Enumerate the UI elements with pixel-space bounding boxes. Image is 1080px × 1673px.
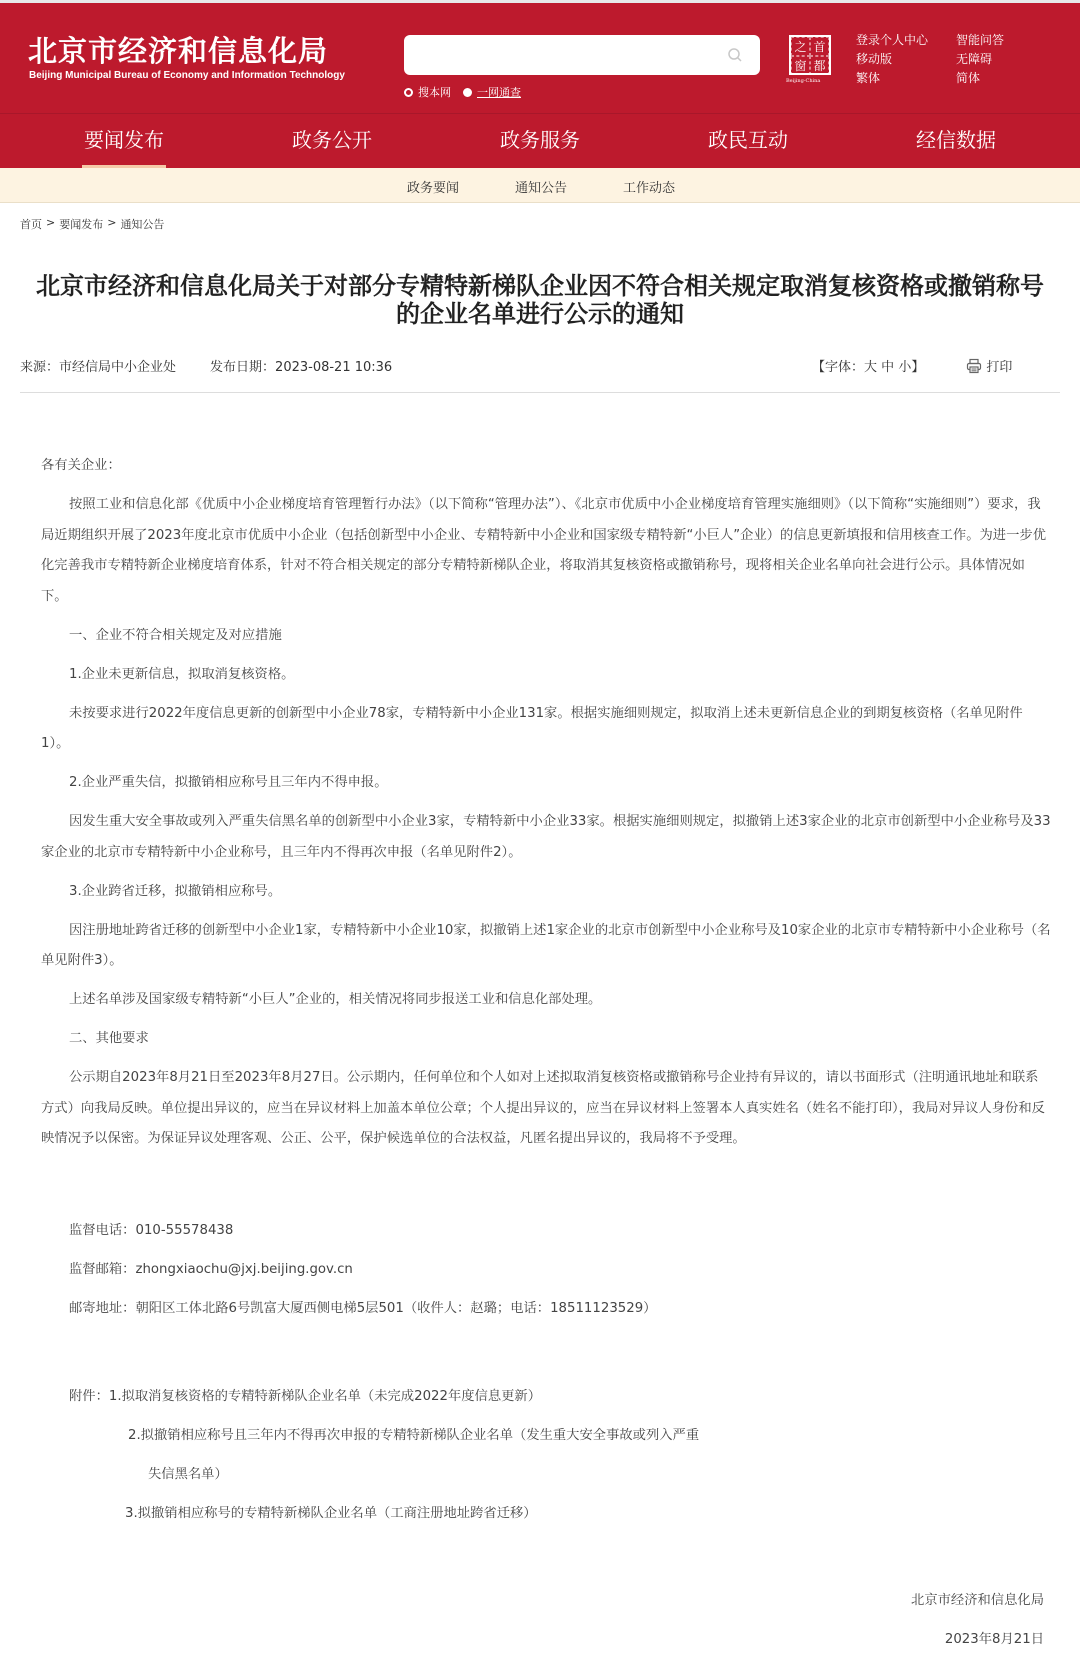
search-scope-label: 一网通查 (477, 84, 521, 100)
search-scope-site[interactable]: 搜本网 (404, 84, 451, 100)
subheading-1: 1.企业未更新信息，拟取消复核资格。 (41, 660, 1051, 691)
font-size-switcher: 【字体：大 中 小】 (812, 356, 924, 375)
article-meta: 来源：市经信局中小企业处 发布日期：2023-08-21 10:36 (20, 356, 392, 375)
breadcrumb-home[interactable]: 首页 (20, 216, 42, 232)
logo-char: 首 (810, 37, 829, 56)
logo-char: 之 (791, 37, 810, 56)
logo-char: 窗 (791, 56, 810, 75)
search-scope-group: 搜本网 一网通查 (404, 84, 521, 100)
link-mobile[interactable]: 移动版 (856, 52, 928, 67)
article-tools: 【字体：大 中 小】 打印 (812, 356, 1012, 375)
section-heading-1: 一、企业不符合相关规定及对应措施 (41, 621, 1051, 652)
meta-divider (20, 392, 1060, 393)
print-button[interactable]: 打印 (966, 356, 1012, 375)
link-simplified[interactable]: 简体 (956, 71, 1004, 86)
nav-item-gov-affairs[interactable]: 政务公开 (228, 114, 436, 168)
sub-nav: 政务要闻 通知公告 工作动态 (0, 168, 1080, 203)
article-body: 各有关企业： 按照工业和信息化部《优质中小企业梯度培育管理暂行办法》（以下简称“… (41, 451, 1051, 1163)
site-logo-cn[interactable]: 北京市经济和信息化局 (28, 29, 328, 70)
nav-item-news[interactable]: 要闻发布 (20, 114, 228, 168)
search-scope-all[interactable]: 一网通查 (463, 84, 521, 100)
paragraph-3: 因注册地址跨省迁移的创新型中小企业1家，专精特新中小企业10家，拟撤销上述1家企… (41, 916, 1051, 977)
search-icon[interactable] (727, 47, 743, 63)
nav-item-interaction[interactable]: 政民互动 (644, 114, 852, 168)
article-date: 发布日期：2023-08-21 10:36 (210, 356, 392, 375)
search-input[interactable] (404, 35, 760, 75)
section-heading-2: 二、其他要求 (41, 1024, 1051, 1055)
signature-date: 2023年8月21日 (945, 1628, 1044, 1647)
paragraph-2: 因发生重大安全事故或列入严重失信黑名单的创新型中小企业3家，专精特新中小企业33… (41, 807, 1051, 868)
breadcrumb-separator: > (46, 216, 55, 232)
font-size-small[interactable]: 小 (898, 360, 911, 375)
salutation: 各有关企业： (41, 451, 1051, 482)
main-nav: 要闻发布 政务公开 政务服务 政民互动 经信数据 (0, 113, 1080, 168)
breadcrumb-news[interactable]: 要闻发布 (59, 216, 103, 232)
link-traditional[interactable]: 繁体 (856, 71, 928, 86)
article-source: 来源：市经信局中小企业处 (20, 356, 176, 375)
paragraph-1: 未按要求进行2022年度信息更新的创新型中小企业78家，专精特新中小企业131家… (41, 699, 1051, 760)
attachment-3[interactable]: 3.拟撤销相应称号的专精特新梯队企业名单（工商注册地址跨省迁移） (125, 1502, 537, 1521)
title-line-1: 北京市经济和信息化局关于对部分专精特新梯队企业因不符合相关规定取消复核资格或撤销… (20, 272, 1060, 300)
page-title: 北京市经济和信息化局关于对部分专精特新梯队企业因不符合相关规定取消复核资格或撤销… (20, 272, 1060, 328)
link-smart-qa[interactable]: 智能问答 (956, 33, 1004, 48)
subnav-item-work-updates[interactable]: 工作动态 (623, 177, 675, 196)
attachment-2-cont[interactable]: 失信黑名单） (148, 1463, 228, 1482)
subnav-item-notices[interactable]: 通知公告 (515, 177, 567, 196)
subnav-item-gov-news[interactable]: 政务要闻 (407, 177, 459, 196)
site-header: 北京市经济和信息化局 Beijing Municipal Bureau of E… (0, 3, 1080, 113)
link-accessibility[interactable]: 无障碍 (956, 52, 1004, 67)
logo-char: 都 (810, 56, 829, 75)
nav-item-gov-services[interactable]: 政务服务 (436, 114, 644, 168)
header-links-col1: 登录个人中心 移动版 繁体 (856, 33, 928, 86)
subheading-2: 2.企业严重失信，拟撤销相应称号且三年内不得申报。 (41, 768, 1051, 799)
paragraph-4: 上述名单涉及国家级专精特新“小巨人”企业的，相关情况将同步报送工业和信息化部处理… (41, 985, 1051, 1016)
radio-icon-unselected[interactable] (404, 88, 413, 97)
breadcrumb: 首页 > 要闻发布 > 通知公告 (20, 216, 164, 232)
nav-item-data[interactable]: 经信数据 (852, 114, 1060, 168)
contact-email[interactable]: 监督邮箱：zhongxiaochu@jxj.beijing.gov.cn (69, 1258, 353, 1277)
paragraph-intro: 按照工业和信息化部《优质中小企业梯度培育管理暂行办法》（以下简称“管理办法”）、… (41, 490, 1051, 612)
title-line-2: 的企业名单进行公示的通知 (20, 300, 1060, 328)
subheading-3: 3.企业跨省迁移，拟撤销相应称号。 (41, 877, 1051, 908)
breadcrumb-separator: > (107, 216, 116, 232)
print-label: 打印 (986, 356, 1012, 375)
search-scope-label: 搜本网 (418, 84, 451, 100)
signature-org: 北京市经济和信息化局 (911, 1589, 1044, 1608)
attachment-2[interactable]: 2.拟撤销相应称号且三年内不得再次申报的专精特新梯队企业名单（发生重大安全事故或… (128, 1424, 699, 1443)
contact-address: 邮寄地址：朝阳区工体北路6号凯富大厦西侧电梯5层501（收件人：赵璐；电话：18… (69, 1297, 656, 1316)
capital-window-logo[interactable]: 之 首 窗 都 (789, 35, 831, 75)
paragraph-5: 公示期自2023年8月21日至2023年8月27日。公示期内，任何单位和个人如对… (41, 1063, 1051, 1155)
breadcrumb-notices[interactable]: 通知公告 (120, 216, 164, 232)
link-login-center[interactable]: 登录个人中心 (856, 33, 928, 48)
site-logo-en: Beijing Municipal Bureau of Economy and … (29, 70, 345, 81)
header-links-col2: 智能问答 无障碍 简体 (956, 33, 1004, 86)
font-size-large[interactable]: 大 (864, 360, 877, 375)
radio-icon-selected[interactable] (463, 88, 472, 97)
printer-icon (966, 358, 982, 374)
font-size-medium[interactable]: 中 (881, 360, 894, 375)
attachment-1[interactable]: 附件：1.拟取消复核资格的专精特新梯队企业名单（未完成2022年度信息更新） (69, 1385, 541, 1404)
capital-logo-caption: Beijing-China (786, 78, 820, 84)
contact-phone: 监督电话：010-55578438 (69, 1219, 233, 1238)
